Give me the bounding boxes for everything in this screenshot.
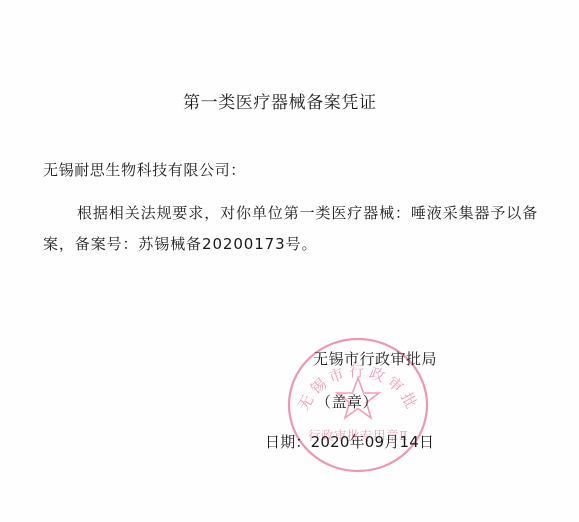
issuing-authority: 无锡市行政审批局 <box>313 348 437 369</box>
date-value: 2020年09月14日 <box>311 433 435 451</box>
seal-label: （盖章） <box>316 391 378 412</box>
recipient-name: 无锡耐思生物科技有限公司： <box>43 159 246 180</box>
body-line-1: 根据相关法规要求，对你单位第一类医疗器械：唾液采集器予以备 <box>77 202 538 223</box>
document-page: 第一类医疗器械备案凭证 无锡耐思生物科技有限公司： 根据相关法规要求，对你单位第… <box>0 0 579 522</box>
issue-date: 日期：2020年09月14日 <box>265 431 434 452</box>
body-line-2: 案，备案号：苏锡械备20200173号。 <box>43 233 317 254</box>
date-label: 日期： <box>265 433 311 451</box>
document-title: 第一类医疗器械备案凭证 <box>183 88 377 113</box>
